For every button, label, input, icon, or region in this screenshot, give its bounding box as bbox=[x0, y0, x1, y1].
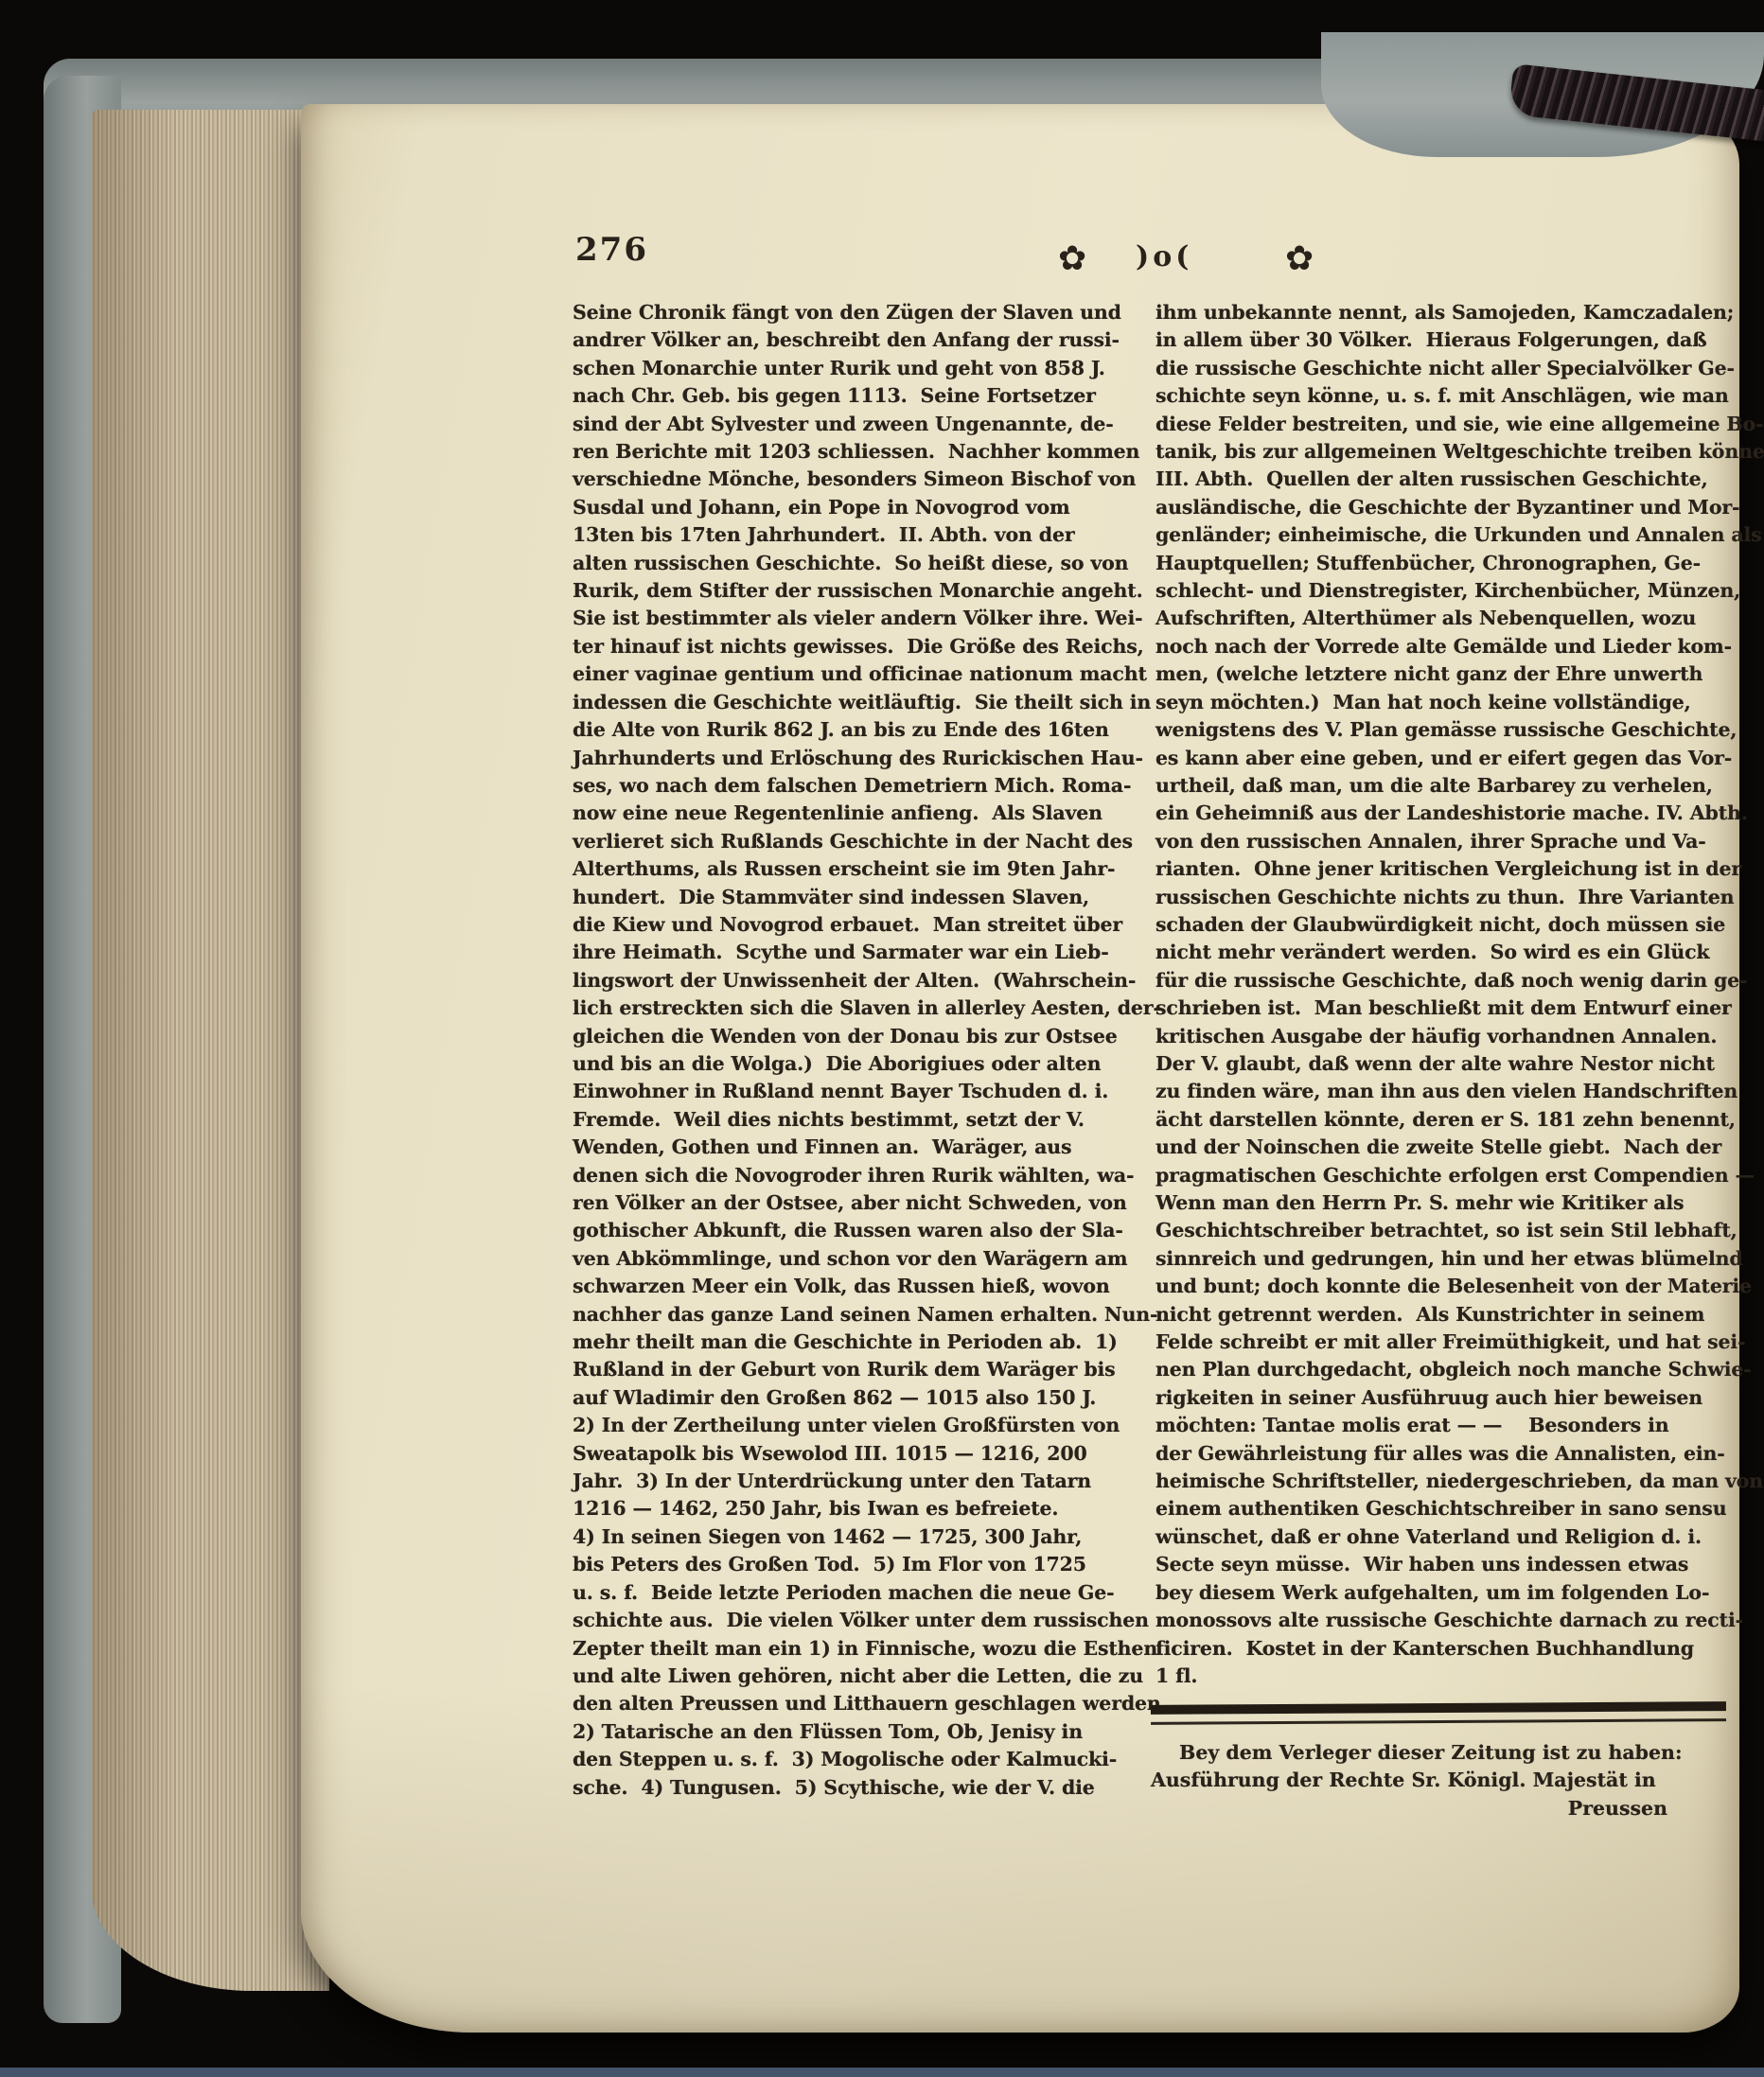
section-divider-rule bbox=[1151, 1701, 1726, 1725]
fleuron-ornament-icon: ✿ bbox=[1058, 240, 1086, 278]
text-column-left: Seine Chronik fängt von den Zügen der Sl… bbox=[573, 299, 1152, 1802]
book-scan-scene: 276 ✿ )o( ✿ Seine Chronik fängt von den … bbox=[0, 0, 1764, 2077]
book-page: 276 ✿ )o( ✿ Seine Chronik fängt von den … bbox=[301, 104, 1739, 2033]
publisher-note: Bey dem Verleger dieser Zeitung ist zu h… bbox=[1151, 1739, 1726, 1834]
text-column-right: ihm unbekannte nennt, als Samojeden, Kam… bbox=[1155, 299, 1735, 1690]
header-center-mark: )o( bbox=[1136, 238, 1192, 276]
page-number: 276 bbox=[575, 231, 648, 269]
page-stack-fore-edge bbox=[91, 110, 329, 1991]
publisher-note-line: Ausführung der Rechte Sr. Königl. Majest… bbox=[1151, 1767, 1726, 1794]
scan-bottom-strip bbox=[0, 2068, 1764, 2077]
fleuron-ornament-icon: ✿ bbox=[1285, 240, 1314, 278]
publisher-note-line: Bey dem Verleger dieser Zeitung ist zu h… bbox=[1151, 1739, 1726, 1767]
catchword: Preussen bbox=[1151, 1795, 1726, 1822]
